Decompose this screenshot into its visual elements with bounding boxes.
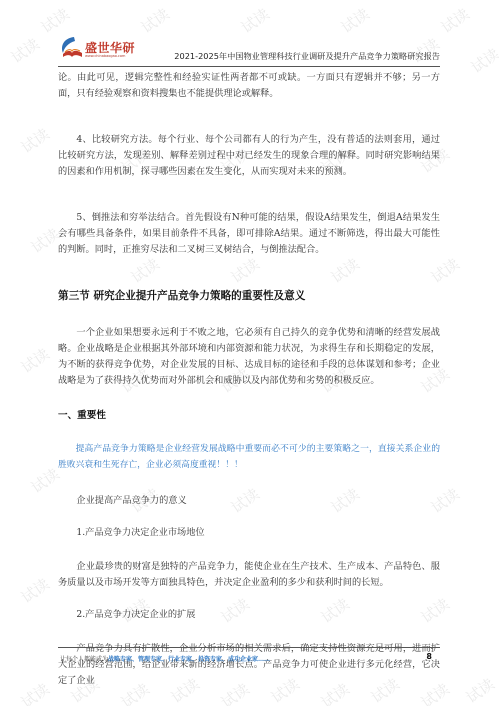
section-title: 第三节 研究企业提升产品竞争力策略的重要性及意义 [58, 288, 440, 303]
paragraph-method-5: 5、倒推法和穷举法结合。首先假设有N种可能的结果，假设A结果发生，倒退A结果发生… [58, 210, 440, 258]
footer-slogan: 让每个人都能成为战略专家、管理专家、行业专家、投资专家、成功企业家…… [60, 654, 270, 663]
subsection-title: 一、重要性 [58, 407, 440, 421]
document-page: 盛世华研 www.chinabaogao.com 2021-2025年中国物业管… [0, 0, 499, 706]
highlight-statement: 提高产品竞争力策略是企业经营发展战略中重要而必不可少的主要策略之一，直接关系企业… [58, 441, 440, 473]
page-footer: 让每个人都能成为战略专家、管理专家、行业专家、投资专家、成功企业家…… 8 [58, 652, 440, 666]
header-divider [58, 66, 440, 67]
point-1-text: 企业最珍贵的财富是独特的产品竞争力，能使企业在生产技术、生产成本、产品特色、服务… [58, 559, 440, 591]
point-1-title: 1.产品竞争力决定企业市场地位 [58, 525, 440, 541]
page-header: 盛世华研 www.chinabaogao.com 2021-2025年中国物业管… [58, 34, 440, 66]
logo-swoosh-book-icon [58, 34, 86, 62]
point-2-title: 2.产品竞争力决定企业的扩展 [58, 607, 440, 623]
footer-divider [58, 647, 440, 648]
paragraph-strategy: 一个企业如果想要永远利于不败之地，它必须有自己持久的竞争优势和清晰的经营发展战略… [58, 325, 440, 389]
page-number: 8 [426, 652, 432, 661]
logo-url: www.chinabaogao.com [85, 54, 125, 58]
report-title: 2021-2025年中国物业管理科技行业调研及提升产品竞争力策略研究报告 [174, 51, 440, 62]
significance-heading: 企业提高产品竞争力的意义 [58, 493, 440, 509]
page-body: 论。由此可见，逻辑完整性和经验实证性两者都不可或缺。一方面只有逻辑并不够；另一方… [58, 70, 440, 689]
footer-slogan-experts: 战略专家、管理专家、行业专家、投资专家、成功企业家…… [108, 656, 270, 663]
paragraph-method-4: 4、比较研究方法。每个行业、每个公司都有人的行为产生，没有普适的法则套用，通过比… [58, 132, 440, 180]
brand-logo: 盛世华研 www.chinabaogao.com [58, 34, 138, 62]
footer-slogan-prefix: 让每个人都能成为 [60, 656, 108, 663]
paragraph-continuation: 论。由此可见，逻辑完整性和经验实证性两者都不可或缺。一方面只有逻辑并不够；另一方… [58, 70, 440, 102]
